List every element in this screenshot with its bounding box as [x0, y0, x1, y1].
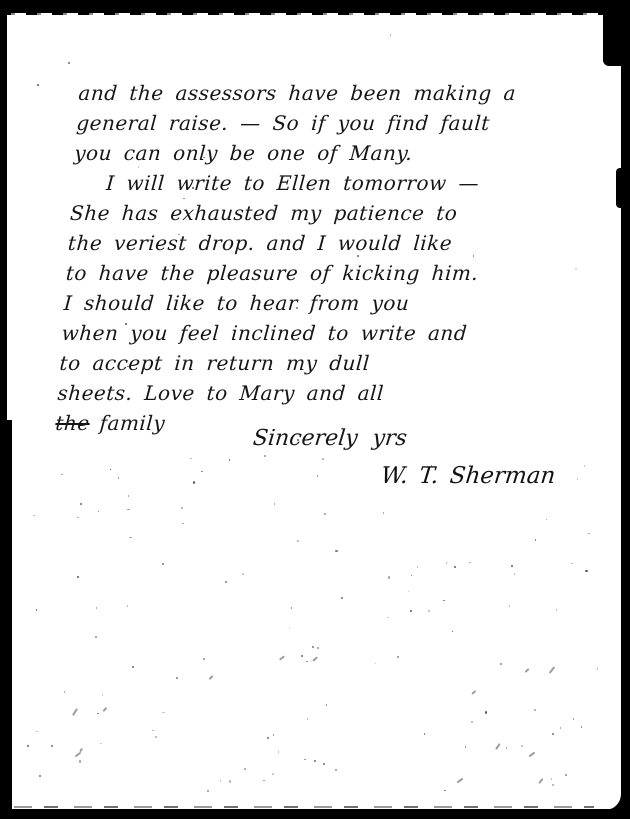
handwriting-line: to have the pleasure of kicking him.: [65, 258, 577, 288]
scan-border-top: [0, 0, 630, 13]
handwriting-line: the veriest drop. and I would like: [67, 228, 579, 258]
letter-body: and the assessors have been making a gen…: [54, 78, 589, 438]
handwriting-line: I will write to Ellen tomorrow —: [71, 168, 583, 198]
letter-closing: Sincerely yrs: [252, 426, 408, 451]
handwriting-line: when you feel inclined to write and: [61, 318, 573, 348]
handwriting-line: general raise. — So if you find fault: [75, 108, 587, 138]
handwriting-line: I should like to hear from you: [63, 288, 575, 318]
scan-border-right: [621, 0, 630, 819]
handwriting-line: sheets. Love to Mary and all: [57, 378, 569, 408]
handwriting-line: She has exhausted my patience to: [69, 198, 581, 228]
scan-border-right-notch-mid: [616, 168, 630, 208]
scan-border-bottom: [0, 809, 630, 819]
handwriting-line: and the assessors have been making a: [77, 78, 589, 108]
scan-border-right-notch-top: [603, 0, 630, 66]
letter-paper: and the assessors have been making a gen…: [7, 12, 621, 810]
struck-line-rest: family: [99, 411, 166, 435]
scanned-letter-page: and the assessors have been making a gen…: [0, 0, 630, 819]
handwriting-line: to accept in return my dull: [59, 348, 571, 378]
handwriting-line: you can only be one of Many.: [73, 138, 585, 168]
signature: W. T. Sherman: [380, 463, 557, 489]
scan-border-left-lower: [0, 420, 12, 819]
struck-word: the: [55, 411, 91, 435]
